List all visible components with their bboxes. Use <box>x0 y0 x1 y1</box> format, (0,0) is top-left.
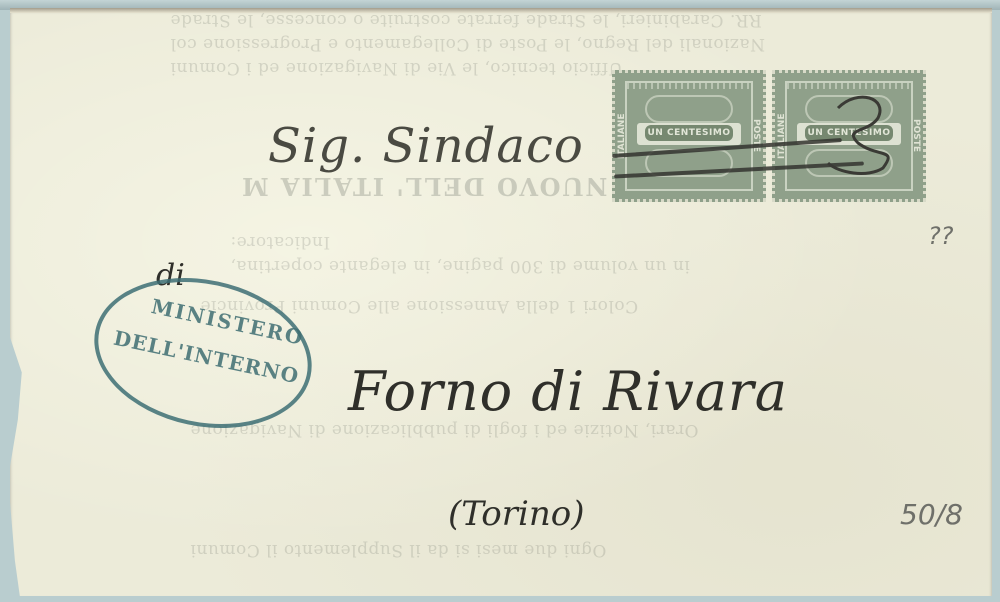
show-through-line: Nazionali del Regno, le Poste di Collega… <box>170 34 765 54</box>
show-through-line: Orari, Notizie ed i fogli di pubblicazio… <box>190 420 699 440</box>
show-through-line: Indicatore: <box>230 232 330 252</box>
pen-cancel-scribble <box>818 88 908 178</box>
show-through-line: RR. Carabinieri, le Strade ferrate costr… <box>170 10 762 30</box>
stamp-poste: POSTE <box>909 91 921 181</box>
town-text: Forno di Rivara <box>348 360 788 423</box>
stamp-denomination: UN CENTESIMO <box>645 125 733 141</box>
pencil-note-question: ?? <box>928 222 953 250</box>
ornament <box>645 95 733 123</box>
show-through-line: Ufficio tecnico, le Vie di Navigazione e… <box>170 58 623 78</box>
addressee-text: Sig. Sindaco <box>268 118 584 174</box>
show-through-line: Ogni due mesi si da il Supplemento il Co… <box>190 540 606 560</box>
show-through-line: in un volume di 300 pagine, in elegante … <box>230 256 690 276</box>
show-through-heading: NUOVO DELL' ITALIA M <box>240 172 607 201</box>
stamp-country: ITALIANE <box>617 91 629 181</box>
postage-stamp: UN CENTESIMO ITALIANE POSTE <box>612 70 766 202</box>
pencil-note-price: 50/8 <box>900 498 963 531</box>
province-text: (Torino) <box>448 494 585 534</box>
